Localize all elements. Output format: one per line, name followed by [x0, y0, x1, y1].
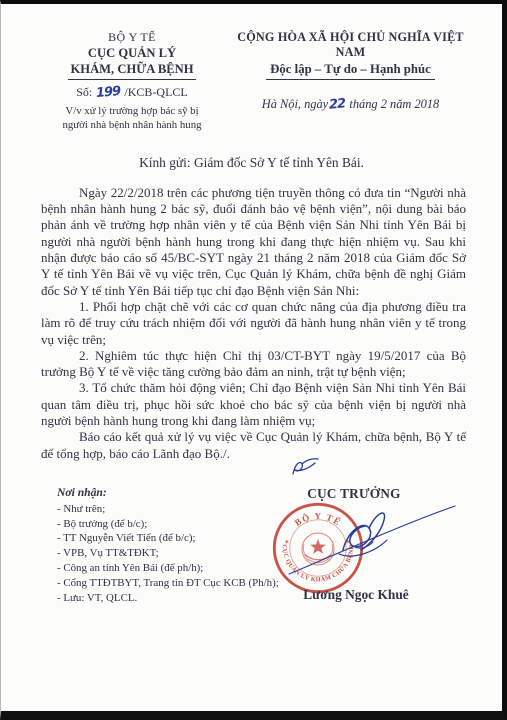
date-day-handwritten: 22: [329, 96, 346, 112]
closing-wrap: Báo cáo kết quả xử lý vụ việc về Cục Quả…: [41, 429, 466, 462]
recipient-item: - TT Nguyễn Viết Tiến (để b/c);: [57, 531, 287, 546]
document-number-handwritten: 199: [96, 84, 121, 101]
svg-text:BỘ Y TẾ: BỘ Y TẾ: [293, 511, 343, 528]
document-number-line: Số: 199 /KCB-QLCL: [39, 85, 225, 100]
letter-footer: Nơi nhận: - Như trên; - Bộ trưởng (để b/…: [1, 486, 502, 646]
document-page: BỘ Y TẾ CỤC QUẢN LÝ KHÁM, CHỮA BỆNH Số: …: [0, 0, 507, 720]
recipients-label: Nơi nhận:: [57, 486, 287, 499]
handwritten-initial-mark: [289, 456, 321, 478]
document-number-label: Số:: [76, 85, 92, 99]
document-number-suffix: /KCB-QLCL: [124, 85, 187, 99]
document-subject: V/v xử lý trường hợp bác sỹ bị người nhà…: [39, 104, 225, 133]
motto-underlined: Độc lập – Tự do – Hạnh phúc: [266, 62, 435, 80]
national-header-block: CỘNG HÒA XÃ HỘI CHỦ NGHĨA VIỆT NAM Độc l…: [225, 30, 476, 133]
signer-title: CỤC TRƯỞNG: [273, 486, 435, 502]
parent-agency: BỘ Y TẾ: [39, 30, 225, 45]
official-seal: BỘ Y TẾ CỤC QUẢN LÝ KHÁM CHỮA BỆNH ✶ ✶: [271, 501, 365, 595]
body-paragraph-item3: 3. Tổ chức thăm hỏi động viên; Chỉ đạo B…: [41, 380, 466, 429]
agency-name-line1: CỤC QUẢN LÝ: [39, 45, 225, 61]
issuing-agency-block: BỘ Y TẾ CỤC QUẢN LÝ KHÁM, CHỮA BỆNH Số: …: [39, 30, 225, 133]
recipient-item: - Bộ trưởng (để b/c);: [57, 517, 287, 532]
recipients-block: Nơi nhận: - Như trên; - Bộ trưởng (để b/…: [57, 486, 287, 606]
subject-line1: V/v xử lý trường hợp bác sỹ bị: [39, 104, 225, 119]
recipient-item: - VPB, Vụ TT&TĐKT;: [57, 546, 287, 561]
seal-star-right: ✶: [345, 538, 351, 546]
agency-name-line2: KHÁM, CHỮA BỆNH: [39, 61, 225, 79]
date-prefix: Hà Nội, ngày: [262, 97, 328, 111]
recipient-item: - Công an tỉnh Yên Bái (để ph/h);: [57, 561, 287, 576]
signer-name: Lương Ngọc Khuê: [281, 587, 431, 603]
recipient-item: - Lưu: VT, QLCL.: [57, 591, 287, 606]
body-paragraph-item1: 1. Phối hợp chặt chẽ với các cơ quan chứ…: [41, 299, 466, 348]
body-paragraph-closing: Báo cáo kết quả xử lý vụ việc về Cục Quả…: [41, 429, 466, 462]
subject-line2: người nhà bệnh nhân hành hung: [39, 118, 225, 133]
document-header: BỘ Y TẾ CỤC QUẢN LÝ KHÁM, CHỮA BỆNH Số: …: [1, 4, 502, 133]
agency-name-underlined: KHÁM, CHỮA BỆNH: [68, 61, 195, 79]
date-suffix: tháng 2 năm 2018: [349, 97, 439, 111]
national-title: CỘNG HÒA XÃ HỘI CHỦ NGHĨA VIỆT NAM: [225, 30, 476, 60]
seal-top-text: BỘ Y TẾ: [293, 511, 343, 528]
place-date-line: Hà Nội, ngày22 tháng 2 năm 2018: [225, 97, 476, 112]
seal-star-left: ✶: [284, 538, 290, 546]
body-paragraph-item2: 2. Nghiêm túc thực hiện Chỉ thị 03/CT-BY…: [41, 348, 466, 381]
salutation: Kính gửi: Giám đốc Sở Y tế tỉnh Yên Bái.: [1, 155, 502, 171]
seal-emblem: [302, 533, 334, 565]
letter-body: Ngày 22/2/2018 trên các phương tiện truy…: [1, 171, 502, 462]
body-paragraph-intro: Ngày 22/2/2018 trên các phương tiện truy…: [41, 185, 466, 299]
recipient-item: - Như trên;: [57, 502, 287, 517]
national-motto: Độc lập – Tự do – Hạnh phúc: [225, 62, 476, 80]
recipient-item: - Cổng TTĐTBYT, Trang tin ĐT Cục KCB (Ph…: [57, 576, 287, 591]
